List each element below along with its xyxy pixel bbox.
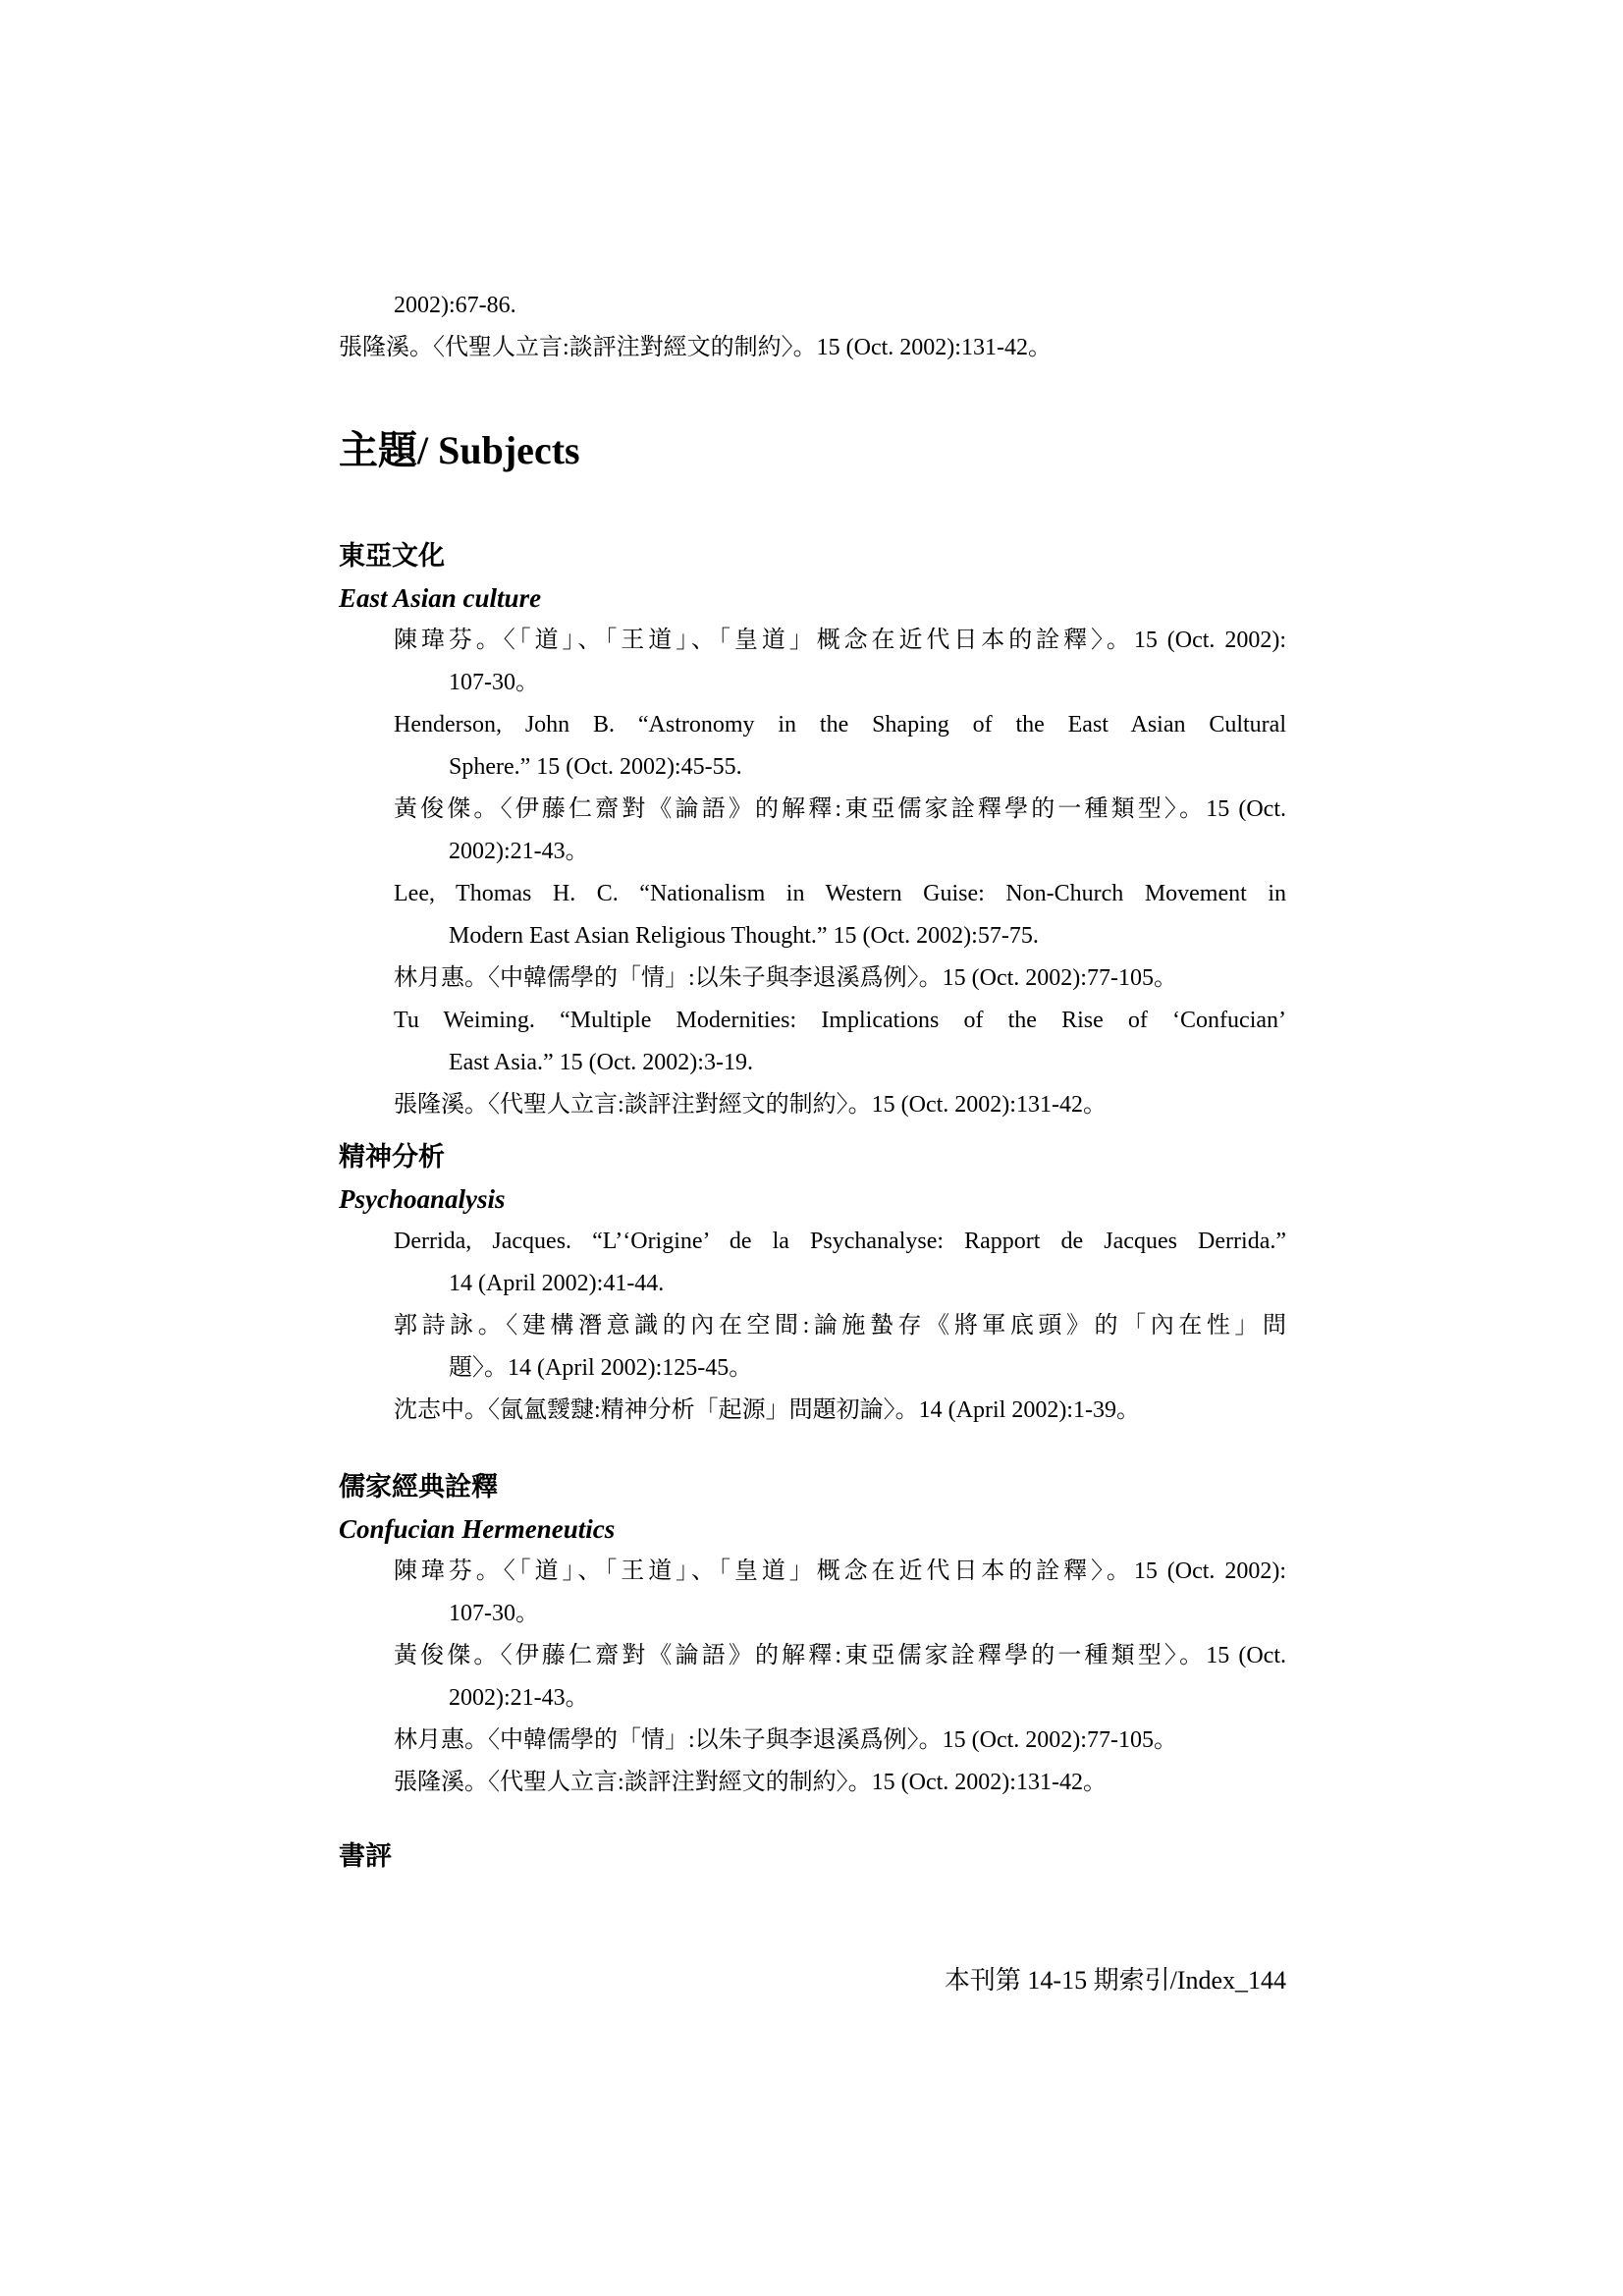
entry-line: 題〉。14 (April 2002):125-45。 [449,1347,1286,1390]
entry-line: 陳瑋芬。〈「道」、「王道」、「皇道」概念在近代日本的詮釋〉。15 (Oct. 2… [394,1551,1286,1593]
entry: 郭詩詠。〈建構潛意識的內在空間:論施蟄存《將軍底頭》的「內在性」問 題〉。14 … [339,1305,1286,1390]
entry-line: 107-30。 [449,1593,1286,1635]
entry-line: 郭詩詠。〈建構潛意識的內在空間:論施蟄存《將軍底頭》的「內在性」問 [394,1305,1286,1347]
section-title-cjk: 東亞文化 [339,535,1286,577]
entry-line: 2002):21-43。 [449,1677,1286,1720]
entry: Tu Weiming. “Multiple Modernities: Impli… [339,1000,1286,1084]
entry-line: East Asia.” 15 (Oct. 2002):3-19. [449,1042,1286,1084]
entry: Henderson, John B. “Astronomy in the Sha… [339,704,1286,789]
entry-line: 沈志中。〈氤氳靉靆:精神分析「起源」問題初論〉。14 (April 2002):… [394,1390,1286,1432]
page-title: 主題/Subjects [339,426,1286,475]
entry-line: Derrida, Jacques. “L’‘Origine’ de la Psy… [394,1221,1286,1263]
entry-line: 張隆溪。〈代聖人立言:談評注對經文的制約〉。15 (Oct. 2002):131… [394,1084,1286,1126]
entry: 林月惠。〈中韓儒學的「情」:以朱子與李退溪爲例〉。15 (Oct. 2002):… [339,1720,1286,1762]
entry: 陳瑋芬。〈「道」、「王道」、「皇道」概念在近代日本的詮釋〉。15 (Oct. 2… [339,620,1286,704]
entry-line: 林月惠。〈中韓儒學的「情」:以朱子與李退溪爲例〉。15 (Oct. 2002):… [394,1720,1286,1762]
entry-line: 107-30。 [449,662,1286,704]
entry: 黃俊傑。〈伊藤仁齋對《論語》的解釋:東亞儒家詮釋學的一種類型〉。15 (Oct.… [339,1635,1286,1720]
section-book-reviews: 書評 [339,1835,1286,1878]
entry: Lee, Thomas H. C. “Nationalism in Wester… [339,873,1286,957]
entry: 陳瑋芬。〈「道」、「王道」、「皇道」概念在近代日本的詮釋〉。15 (Oct. 2… [339,1551,1286,1635]
section-title-cjk: 書評 [339,1835,1286,1878]
section-title-cjk: 儒家經典詮釋 [339,1466,1286,1508]
page-title-en: Subjects [438,428,579,472]
entry-line: 黃俊傑。〈伊藤仁齋對《論語》的解釋:東亞儒家詮釋學的一種類型〉。15 (Oct. [394,1635,1286,1677]
entry-line: Sphere.” 15 (Oct. 2002):45-55. [449,746,1286,789]
section-title-en: Psychoanalysis [339,1178,1286,1221]
section-title-en: East Asian culture [339,577,1286,620]
entry-line: 張隆溪。〈代聖人立言:談評注對經文的制約〉。15 (Oct. 2002):131… [394,1762,1286,1804]
entry-line: Lee, Thomas H. C. “Nationalism in Wester… [394,873,1286,915]
entry: 林月惠。〈中韓儒學的「情」:以朱子與李退溪爲例〉。15 (Oct. 2002):… [339,957,1286,1000]
entry: 沈志中。〈氤氳靉靆:精神分析「起源」問題初論〉。14 (April 2002):… [339,1390,1286,1432]
entry-line: Modern East Asian Religious Thought.” 15… [449,915,1286,957]
section-title-en: Confucian Hermeneutics [339,1508,1286,1551]
entry-line: Henderson, John B. “Astronomy in the Sha… [394,704,1286,746]
entry-line: 14 (April 2002):41-44. [449,1263,1286,1305]
entry-line: Tu Weiming. “Multiple Modernities: Impli… [394,1000,1286,1042]
entry: Derrida, Jacques. “L’‘Origine’ de la Psy… [339,1221,1286,1305]
entry-line: 2002):21-43。 [449,831,1286,873]
entry-line: 陳瑋芬。〈「道」、「王道」、「皇道」概念在近代日本的詮釋〉。15 (Oct. 2… [394,620,1286,662]
entry-line: 黃俊傑。〈伊藤仁齋對《論語》的解釋:東亞儒家詮釋學的一種類型〉。15 (Oct. [394,789,1286,831]
section-confucian-hermeneutics: 儒家經典詮釋 Confucian Hermeneutics 陳瑋芬。〈「道」、「… [339,1466,1286,1804]
page-content: 2002):67-86. 張隆溪。〈代聖人立言:談評注對經文的制約〉。15 (O… [339,285,1286,1878]
section-east-asian-culture: 東亞文化 East Asian culture 陳瑋芬。〈「道」、「王道」、「皇… [339,535,1286,1126]
section-psychoanalysis: 精神分析 Psychoanalysis Derrida, Jacques. “L… [339,1136,1286,1432]
page-title-cjk: 主題/ [339,428,428,472]
previous-section-tail: 2002):67-86. 張隆溪。〈代聖人立言:談評注對經文的制約〉。15 (O… [339,285,1286,369]
page-footer: 本刊第 14-15 期索引/Index_144 [339,1964,1286,1997]
entry: 張隆溪。〈代聖人立言:談評注對經文的制約〉。15 (Oct. 2002):131… [339,1762,1286,1804]
entry-line: 林月惠。〈中韓儒學的「情」:以朱子與李退溪爲例〉。15 (Oct. 2002):… [394,957,1286,1000]
entry: 黃俊傑。〈伊藤仁齋對《論語》的解釋:東亞儒家詮釋學的一種類型〉。15 (Oct.… [339,789,1286,873]
index-entry-line: 張隆溪。〈代聖人立言:談評注對經文的制約〉。15 (Oct. 2002):131… [339,327,1286,369]
section-title-cjk: 精神分析 [339,1136,1286,1178]
index-entry-line: 2002):67-86. [394,285,1286,327]
entry: 張隆溪。〈代聖人立言:談評注對經文的制約〉。15 (Oct. 2002):131… [339,1084,1286,1126]
